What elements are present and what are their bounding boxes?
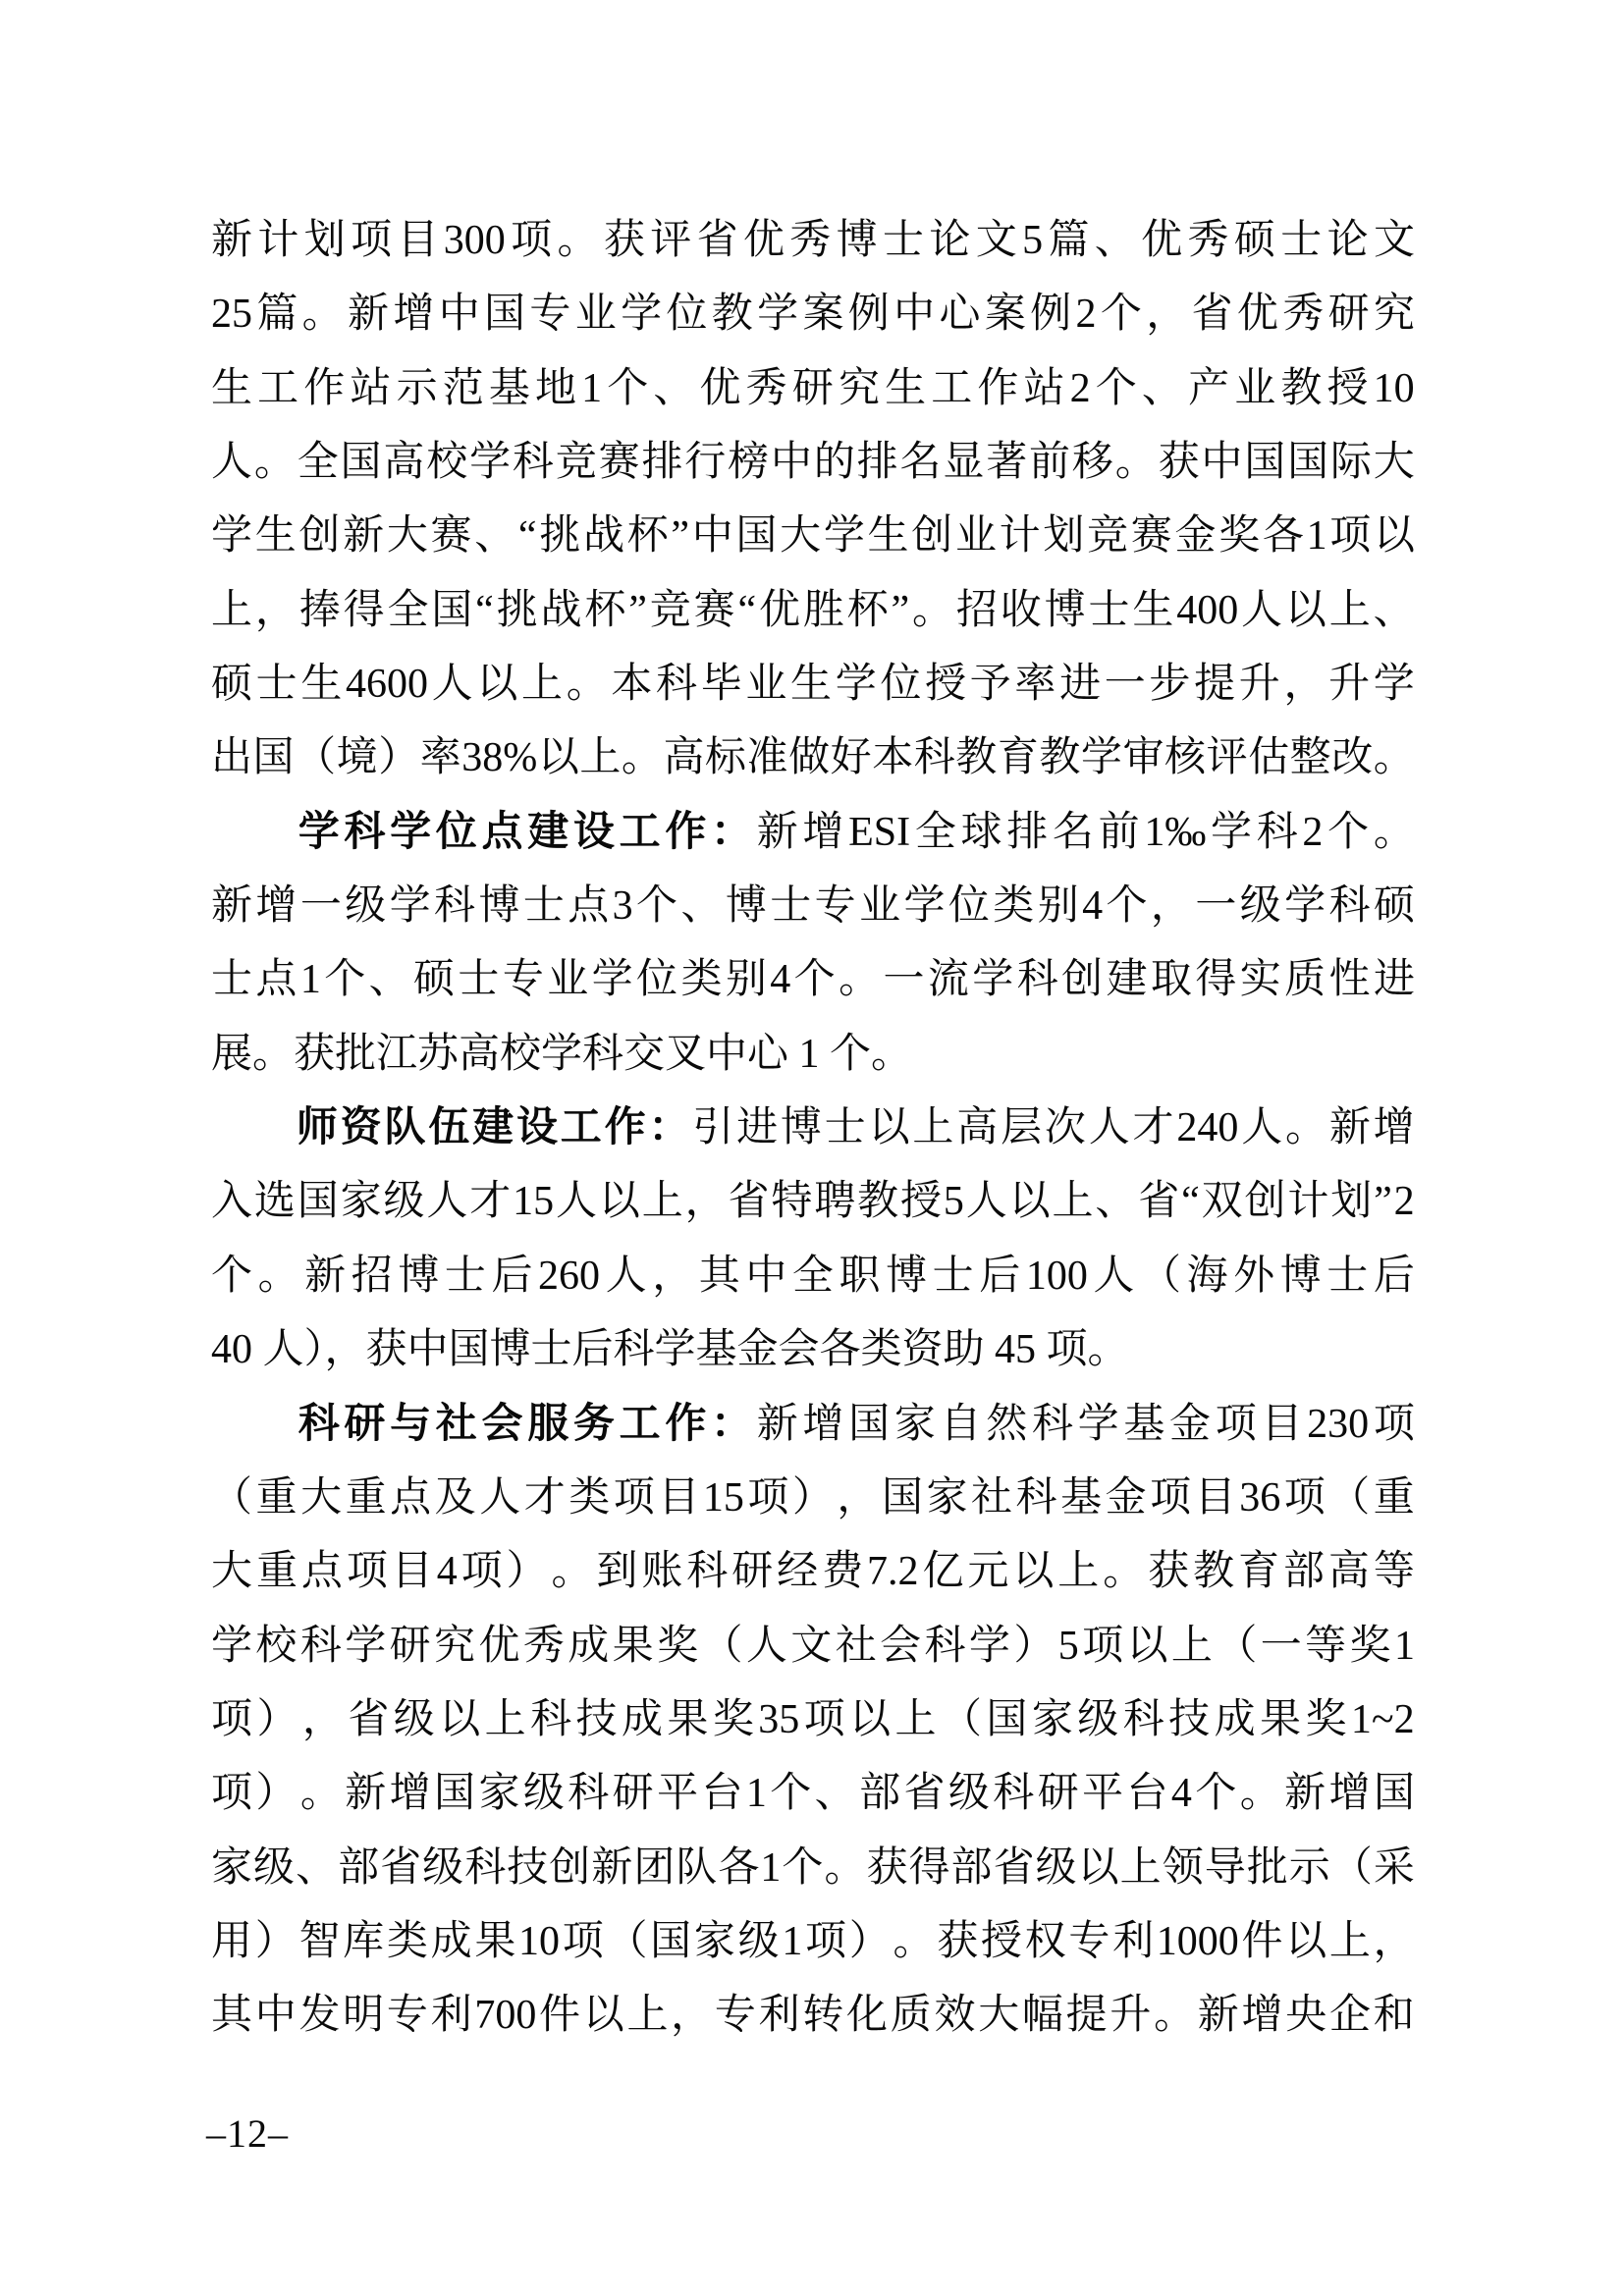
text-token: 招 bbox=[956, 574, 998, 648]
text-token: 等 bbox=[1374, 1535, 1415, 1609]
text-token: 。 bbox=[912, 574, 953, 648]
text-token: 项 bbox=[563, 1905, 604, 1979]
text-token: 400 bbox=[1176, 574, 1238, 648]
text-token: 生 bbox=[1132, 574, 1173, 648]
text-token: 业 bbox=[859, 870, 900, 943]
text-token: 赛 bbox=[1131, 500, 1172, 573]
text-token: 省 bbox=[1138, 1165, 1179, 1239]
text-token: （ bbox=[606, 1905, 647, 1979]
text-token: 奖 bbox=[1218, 500, 1260, 573]
text-token: 重 bbox=[256, 1535, 298, 1609]
text-line-3: 生工作站示范基地1个、优秀研究生工作站2个、产业教授10 bbox=[211, 352, 1415, 426]
text-token: 名 bbox=[1053, 796, 1094, 870]
text-line-19: 大重点项目4项）。到账科研经费7.2亿元以上。获教育部高等 bbox=[211, 1535, 1415, 1609]
text-token: 专 bbox=[503, 943, 544, 1017]
text-line-13: 师资队伍建设工作：引进博士以上高层次人才240人。新增 bbox=[211, 1092, 1415, 1165]
text-line-6: 上，捧得全国“挑战杯”竞赛“优胜杯”。招收博士生400人以上、 bbox=[211, 574, 1415, 648]
text-token: 项 bbox=[747, 1462, 788, 1535]
text-token: 家 bbox=[211, 1832, 252, 1905]
text-token: 博 bbox=[837, 204, 878, 278]
text-token: 。 bbox=[558, 204, 599, 278]
text-token: 1‰ bbox=[1144, 796, 1206, 870]
text-token: 科 bbox=[1017, 943, 1058, 1017]
text-token: 国 bbox=[484, 278, 525, 351]
text-token: 项 bbox=[1150, 1462, 1191, 1535]
text-token: 项 bbox=[1082, 1610, 1123, 1683]
text-token: 战 bbox=[583, 500, 624, 573]
text-line-10: 新增一级学科博士点3个、博士专业学位类别4个，一级学科硕 bbox=[211, 870, 1415, 943]
text-token: 家 bbox=[1032, 1683, 1073, 1757]
text-token: 1 bbox=[581, 352, 602, 426]
heading-token: 与 bbox=[390, 1388, 431, 1462]
text-token: 目 bbox=[1261, 1388, 1302, 1462]
text-token: 。 bbox=[1285, 1092, 1326, 1165]
text-line-11: 士点1个、硕士专业学位类别4个。一流学科创建取得实质性进 bbox=[211, 943, 1415, 1017]
text-token: 上 bbox=[912, 1092, 953, 1165]
text-line-5: 学生创新大赛、“挑战杯”中国大学生创业计划竞赛金奖各1项以 bbox=[211, 500, 1415, 573]
heading-token: 师 bbox=[297, 1092, 338, 1165]
heading-token: 研 bbox=[344, 1388, 385, 1462]
text-token: 级 bbox=[345, 870, 386, 943]
text-token: 4 bbox=[1082, 870, 1103, 943]
text-token: 取 bbox=[1151, 943, 1192, 1017]
text-token: 3 bbox=[613, 870, 633, 943]
text-token: 作 bbox=[977, 352, 1018, 426]
text-token: 奖 bbox=[657, 1610, 698, 1683]
text-line-22: 项）。新增国家级科研平台1个、部省级科研平台4个。新增国 bbox=[211, 1757, 1415, 1831]
text-token: 新 bbox=[1198, 1979, 1239, 2053]
text-token: 转 bbox=[802, 1979, 843, 2053]
text-token: 的 bbox=[814, 426, 855, 500]
text-token: 成 bbox=[431, 1905, 472, 1979]
text-token: 个 bbox=[1195, 1757, 1236, 1831]
text-token: 选 bbox=[254, 1165, 296, 1239]
text-token: 以 bbox=[849, 1683, 891, 1757]
text-token: 排 bbox=[641, 426, 682, 500]
text-token: 教 bbox=[1280, 352, 1322, 426]
text-token: 费 bbox=[822, 1535, 863, 1609]
text-token: 赛 bbox=[694, 574, 735, 648]
text-token: 项 bbox=[805, 1905, 846, 1979]
text-token: 位 bbox=[948, 870, 990, 943]
text-token: 。 bbox=[1374, 796, 1415, 870]
text-token: 显 bbox=[943, 426, 984, 500]
text-token: 排 bbox=[857, 426, 898, 500]
text-token: 点 bbox=[568, 870, 609, 943]
text-token: 评 bbox=[650, 204, 691, 278]
text-token: 以 bbox=[599, 1165, 640, 1239]
text-token: 新 bbox=[591, 1832, 632, 1905]
text-token: 100 bbox=[1026, 1240, 1088, 1313]
text-token: 科 bbox=[993, 1757, 1034, 1831]
text-token: 准 bbox=[747, 721, 788, 795]
text-token: 秀 bbox=[1188, 204, 1229, 278]
text-token: 10 bbox=[518, 1905, 560, 1979]
text-token: 士 bbox=[1088, 574, 1129, 648]
text-token: 高 bbox=[383, 426, 424, 500]
text-token: 自 bbox=[941, 1388, 982, 1462]
text-token: 省 bbox=[1192, 278, 1233, 351]
text-token: 技 bbox=[507, 1832, 548, 1905]
text-token: 境 bbox=[337, 721, 378, 795]
text-token: 生 bbox=[868, 500, 909, 573]
text-token: 际 bbox=[1330, 426, 1372, 500]
text-token: 学 bbox=[621, 278, 662, 351]
text-token: 划 bbox=[1330, 1165, 1372, 1239]
heading-token: 位 bbox=[436, 796, 477, 870]
text-token: 技 bbox=[576, 1683, 618, 1757]
text-token: 引 bbox=[692, 1092, 733, 1165]
text-token: 研 bbox=[390, 1610, 431, 1683]
text-token: 。 bbox=[567, 648, 608, 721]
text-token: 获 bbox=[604, 204, 645, 278]
text-token: 省 bbox=[697, 204, 738, 278]
text-token: 中 bbox=[1201, 426, 1242, 500]
text-token: 科 bbox=[464, 1832, 506, 1905]
text-token: 家 bbox=[926, 1462, 967, 1535]
text-token: 学 bbox=[1211, 796, 1252, 870]
text-token: 项 bbox=[614, 1462, 655, 1535]
text-token: 平 bbox=[1082, 1757, 1123, 1831]
text-token: 优 bbox=[759, 574, 800, 648]
text-token: 得 bbox=[1195, 943, 1236, 1017]
text-token: 点 bbox=[301, 1535, 343, 1609]
text-token: 省 bbox=[994, 1832, 1035, 1905]
text-token: 全 bbox=[915, 796, 956, 870]
text-token: 上 bbox=[579, 721, 621, 795]
text-token: 本 bbox=[611, 648, 652, 721]
text-token: 士 bbox=[458, 943, 499, 1017]
text-token: 层 bbox=[1001, 1092, 1042, 1165]
text-token: 科 bbox=[686, 1535, 728, 1609]
text-token: 秀 bbox=[746, 352, 787, 426]
text-token: 案 bbox=[985, 278, 1026, 351]
text-token: 人 bbox=[746, 1610, 787, 1683]
text-token: 基 bbox=[1060, 1462, 1102, 1535]
text-token: 个 bbox=[636, 870, 677, 943]
text-token: 。 bbox=[1374, 721, 1415, 795]
text-token: 究 bbox=[434, 1610, 475, 1683]
text-token: 1 bbox=[1394, 1610, 1415, 1683]
text-token: 幅 bbox=[1022, 1979, 1063, 2053]
text-token: 5 bbox=[1058, 1610, 1079, 1683]
text-token: 上 bbox=[1171, 1610, 1213, 1683]
heading-token: 作 bbox=[605, 1092, 646, 1165]
text-token: 级 bbox=[1077, 1683, 1118, 1757]
heading-token: 工 bbox=[620, 796, 661, 870]
text-token: 家 bbox=[694, 1905, 735, 1979]
text-token: 个 bbox=[1096, 352, 1137, 426]
text-token: 工 bbox=[257, 352, 298, 426]
text-token: 提 bbox=[1066, 1979, 1108, 2053]
text-line-23: 家级、部省级科技创新团队各1个。获得部省级以上领导批示（采 bbox=[211, 1832, 1415, 1905]
text-token: 目 bbox=[658, 1462, 699, 1535]
text-token: 国 bbox=[986, 1683, 1027, 1757]
text-token: 。 bbox=[302, 278, 344, 351]
text-token: 级 bbox=[523, 1757, 565, 1831]
text-token: 科 bbox=[1257, 796, 1298, 870]
text-token: 。 bbox=[258, 1240, 299, 1313]
text-token: 整 bbox=[1290, 721, 1331, 795]
text-token: 士 bbox=[211, 943, 252, 1017]
text-token: 篇 bbox=[1048, 204, 1089, 278]
text-token: 提 bbox=[1194, 648, 1235, 721]
text-line-12: 展。获批江苏高校学科交叉中心 1 个。 bbox=[211, 1018, 1415, 1092]
text-token: 球 bbox=[961, 796, 1002, 870]
text-token: ） bbox=[255, 1757, 297, 1831]
text-token: 生 bbox=[300, 648, 342, 721]
text-token: 挑 bbox=[497, 574, 538, 648]
text-token: 研 bbox=[792, 352, 834, 426]
text-token: 一 bbox=[1105, 648, 1146, 721]
heading-token: 科 bbox=[298, 1388, 340, 1462]
text-token: 新 bbox=[1284, 1757, 1326, 1831]
text-token: 账 bbox=[641, 1535, 682, 1609]
text-token: 名 bbox=[900, 426, 942, 500]
text-line-1: 新计划项目300项。获评省优秀博士论文5篇、优秀硕士论文 bbox=[211, 204, 1415, 278]
text-token: 15 bbox=[703, 1462, 744, 1535]
text-token: 奖 bbox=[1305, 1683, 1346, 1757]
text-token: 生 bbox=[790, 648, 832, 721]
text-line-21: 项），省级以上科技成果奖35项以上（国家级科技成果奖1~2 bbox=[211, 1683, 1415, 1757]
text-token: 授 bbox=[900, 1165, 942, 1239]
text-token: 增 bbox=[1374, 1092, 1415, 1165]
text-token: 平 bbox=[657, 1757, 698, 1831]
text-token: 人 bbox=[1241, 1092, 1282, 1165]
text-token: 、 bbox=[815, 1757, 856, 1831]
text-token: 上 bbox=[895, 1683, 937, 1757]
text-token: 以 bbox=[439, 1683, 480, 1757]
text-token: 会 bbox=[880, 1610, 921, 1683]
text-token: 级 bbox=[253, 1832, 295, 1905]
text-token: 业 bbox=[547, 943, 588, 1017]
heading-token: ： bbox=[711, 1388, 752, 1462]
text-line-7: 硕士生4600人以上。本科毕业生学位授予率进一步提升，升学 bbox=[211, 648, 1415, 721]
text-token: 科 bbox=[1123, 1683, 1164, 1757]
text-token: 文 bbox=[790, 1610, 832, 1683]
text-token: 金 bbox=[1169, 1388, 1211, 1462]
text-token: ） bbox=[849, 1905, 891, 1979]
text-token: 国 bbox=[298, 1165, 339, 1239]
text-token: 项 bbox=[347, 1535, 388, 1609]
text-token: 增 bbox=[393, 278, 434, 351]
text-token: （ bbox=[701, 1610, 742, 1683]
text-token: 优 bbox=[700, 352, 741, 426]
text-token: 人 bbox=[479, 1462, 520, 1535]
text-token: 人 bbox=[1089, 1092, 1130, 1165]
text-token: 化 bbox=[846, 1979, 888, 2053]
text-token: 排 bbox=[1006, 796, 1048, 870]
text-token: （ bbox=[941, 1683, 982, 1757]
text-token: 和 bbox=[1374, 1979, 1415, 2053]
text-token: ， bbox=[671, 1979, 712, 2053]
text-token: 1 bbox=[760, 1832, 781, 1905]
text-token: 博 bbox=[1280, 1240, 1322, 1313]
text-token: 硕 bbox=[211, 648, 252, 721]
text-token: 教 bbox=[857, 1165, 898, 1239]
text-token: 士 bbox=[523, 870, 565, 943]
text-token: 类 bbox=[993, 870, 1034, 943]
text-token: 生 bbox=[211, 352, 252, 426]
text-token: 国 bbox=[848, 1388, 890, 1462]
text-token: 国 bbox=[341, 426, 382, 500]
text-token: 授 bbox=[925, 648, 966, 721]
text-token: 级 bbox=[1036, 1832, 1077, 1905]
text-token: 。 bbox=[1154, 1979, 1195, 2053]
text-token: 5 bbox=[944, 1165, 964, 1239]
text-token: 个 bbox=[607, 352, 648, 426]
text-token: 国 bbox=[1374, 1757, 1415, 1831]
text-token: ） bbox=[792, 1462, 834, 1535]
text-token: 计 bbox=[257, 204, 298, 278]
text-token: 7.2 bbox=[867, 1535, 919, 1609]
text-token: 金 bbox=[1174, 500, 1216, 573]
text-token: 后 bbox=[979, 1240, 1020, 1313]
text-token: （ bbox=[295, 721, 336, 795]
heading-token: 建 bbox=[472, 1092, 514, 1165]
text-token: 重 bbox=[1374, 1462, 1415, 1535]
text-token: 士 bbox=[933, 1240, 974, 1313]
text-token: 、 bbox=[653, 352, 694, 426]
text-token: 学 bbox=[211, 500, 252, 573]
text-token: ） bbox=[507, 1535, 548, 1609]
text-token: ， bbox=[837, 1462, 878, 1535]
text-token: 2 bbox=[1394, 1165, 1415, 1239]
text-token: 果 bbox=[667, 1683, 708, 1757]
text-token: 进 bbox=[1059, 648, 1101, 721]
text-token: 国 bbox=[882, 1462, 923, 1535]
text-token: 然 bbox=[986, 1388, 1027, 1462]
text-token: 新 bbox=[211, 870, 252, 943]
text-token: 著 bbox=[986, 426, 1027, 500]
text-token: 人 bbox=[211, 426, 252, 500]
text-token: 专 bbox=[1068, 1905, 1110, 1979]
text-line-18: （重大重点及人才类项目15项），国家社科基金项目36项（重 bbox=[211, 1462, 1415, 1535]
text-token: 、 bbox=[1374, 574, 1415, 648]
text-token: 36 bbox=[1239, 1462, 1280, 1535]
page-number: –12– bbox=[206, 2109, 289, 2159]
text-token: 、 bbox=[369, 943, 410, 1017]
heading-token: 务 bbox=[573, 1388, 615, 1462]
text-token: 1000 bbox=[1157, 1905, 1239, 1979]
text-token: 1~2 bbox=[1351, 1683, 1415, 1757]
text-token: 业 bbox=[1234, 352, 1275, 426]
text-token: 出 bbox=[211, 721, 252, 795]
text-token: ） bbox=[1013, 1610, 1055, 1683]
text-token: 230 bbox=[1307, 1388, 1369, 1462]
text-token: 增 bbox=[1329, 1757, 1371, 1831]
text-token: ， bbox=[1146, 278, 1187, 351]
text-token: 大 bbox=[1374, 426, 1415, 500]
text-token: 范 bbox=[443, 352, 484, 426]
text-token: 挑 bbox=[539, 500, 580, 573]
text-token: 4600 bbox=[346, 648, 428, 721]
text-token: 上 bbox=[626, 1979, 668, 2053]
text-token: 以 bbox=[869, 1092, 910, 1165]
text-token: 上 bbox=[1329, 1905, 1371, 1979]
text-token: 划 bbox=[1043, 500, 1084, 573]
text-token: 升 bbox=[1239, 648, 1280, 721]
text-token: 个 bbox=[782, 1832, 823, 1905]
heading-token: 工 bbox=[561, 1092, 602, 1165]
text-token: 学 bbox=[1374, 648, 1415, 721]
text-token: 部 bbox=[859, 1757, 900, 1831]
text-token: 一 bbox=[1261, 1610, 1302, 1683]
text-token: 后 bbox=[491, 1240, 532, 1313]
text-token: 率 bbox=[420, 721, 461, 795]
text-token: 以 bbox=[583, 1979, 624, 2053]
text-token: 学 bbox=[390, 870, 431, 943]
text-token: 级 bbox=[1240, 870, 1281, 943]
text-token: 4 bbox=[437, 1535, 458, 1609]
text-token: 权 bbox=[1025, 1905, 1066, 1979]
document-page: 新计划项目300项。获评省优秀博士论文5篇、优秀硕士论文25篇。新增中国专业学位… bbox=[0, 0, 1624, 2296]
text-token: ” bbox=[892, 574, 910, 648]
text-token: 学 bbox=[211, 1610, 252, 1683]
heading-token: ： bbox=[711, 796, 752, 870]
text-token: 专 bbox=[387, 1979, 428, 2053]
text-line-9: 学科学位点建设工作：新增ESI全球排名前1‰学科2个。 bbox=[211, 796, 1415, 870]
text-token: 35 bbox=[758, 1683, 799, 1757]
text-token: 竞 bbox=[556, 426, 597, 500]
text-token: 获 bbox=[1159, 426, 1200, 500]
text-token: 划 bbox=[304, 204, 346, 278]
text-token: 硕 bbox=[1234, 204, 1275, 278]
text-token: ， bbox=[1283, 648, 1325, 721]
text-token: 论 bbox=[1327, 204, 1369, 278]
heading-token: 点 bbox=[482, 796, 523, 870]
text-token: 新 bbox=[343, 500, 384, 573]
text-token: 家 bbox=[341, 1165, 382, 1239]
text-token: 创 bbox=[1061, 943, 1103, 1017]
text-token: 获 bbox=[866, 1832, 907, 1905]
text-token: 优 bbox=[743, 204, 785, 278]
text-line-15: 个。新招博士后260人，其中全职博士后100人（海外博士后 bbox=[211, 1240, 1415, 1313]
text-token: 以 bbox=[1078, 1832, 1119, 1905]
text-token: 人 bbox=[1093, 1240, 1134, 1313]
text-token: 榜 bbox=[728, 426, 769, 500]
text-token: 升 bbox=[1328, 648, 1370, 721]
text-token: 高 bbox=[663, 721, 704, 795]
text-token: 案 bbox=[802, 278, 843, 351]
text-token: 企 bbox=[1329, 1979, 1371, 2053]
text-token: 科 bbox=[925, 1610, 966, 1683]
text-token: 其 bbox=[211, 1979, 252, 2053]
text-token: 收 bbox=[1001, 574, 1042, 648]
text-token: 博 bbox=[726, 870, 767, 943]
text-token: 博 bbox=[398, 1240, 439, 1313]
text-token: ” bbox=[1374, 1165, 1392, 1239]
text-token: 创 bbox=[911, 500, 952, 573]
text-token: 新 bbox=[348, 278, 389, 351]
text-token: 700 bbox=[474, 1979, 536, 2053]
text-token: 业 bbox=[745, 648, 786, 721]
text-token: 人 bbox=[432, 648, 473, 721]
text-token: 一 bbox=[1195, 870, 1236, 943]
text-token: 大 bbox=[300, 1462, 342, 1535]
heading-token: 资 bbox=[341, 1092, 382, 1165]
text-token: 各 bbox=[718, 1832, 759, 1905]
text-token: 进 bbox=[1374, 943, 1415, 1017]
text-token: “ bbox=[737, 574, 756, 648]
text-token: 国 bbox=[1287, 426, 1328, 500]
text-token: 10 bbox=[1374, 352, 1415, 426]
text-token: 得 bbox=[909, 1832, 950, 1905]
text-token: 高 bbox=[956, 1092, 998, 1165]
text-token: 重 bbox=[256, 1462, 298, 1535]
text-token: 增 bbox=[802, 796, 843, 870]
heading-token: 科 bbox=[344, 796, 385, 870]
